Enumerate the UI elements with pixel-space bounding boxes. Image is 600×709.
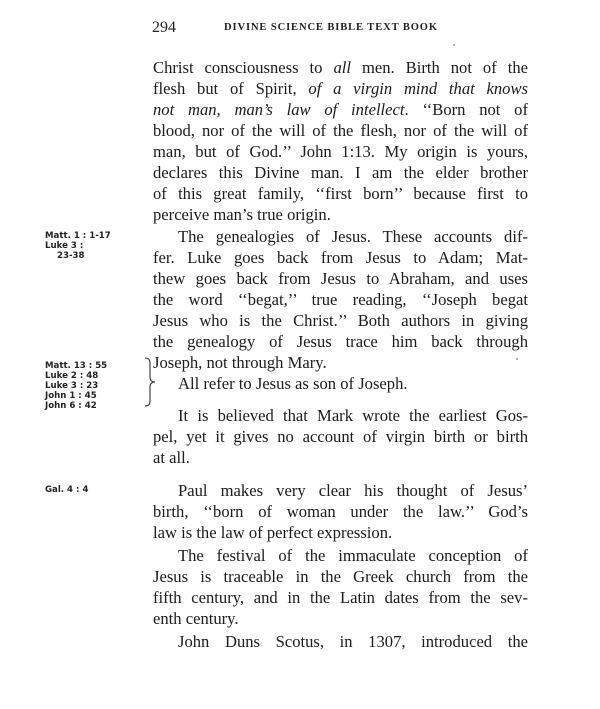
text-line: birth, ‘‘born of woman under the law.’’ … xyxy=(153,502,528,522)
text-line: It is believed that Mark wrote the earli… xyxy=(178,406,528,426)
text-line: declares this Divine man. I am the elder… xyxy=(153,163,528,183)
text-run: men. Birth not of the xyxy=(351,58,528,77)
margin-note-son-of-joseph-refs: Matt. 13 : 55 Luke 2 : 48 Luke 3 : 23 Jo… xyxy=(45,361,107,411)
margin-note-galatians: Gal. 4 : 4 xyxy=(45,485,88,495)
margin-ref: Gal. 4 : 4 xyxy=(45,485,88,495)
text-line: Jesus who is the Christ.’’ Both authors … xyxy=(153,311,528,331)
text-line: flesh but of Spirit, of a virgin mind th… xyxy=(153,79,528,99)
text-line: John Duns Scotus, in 1307, introduced th… xyxy=(178,632,528,652)
margin-note-genealogy-refs: Matt. 1 : 1-17 Luke 3 : 23-38 xyxy=(45,231,111,261)
margin-ref: Luke 3 : 23 xyxy=(45,381,107,391)
curly-brace-icon xyxy=(143,357,157,407)
text-line: fifth century, and in the Latin dates fr… xyxy=(153,588,528,608)
running-title: DIVINE SCIENCE BIBLE TEXT BOOK xyxy=(224,22,438,33)
margin-ref: Matt. 13 : 55 xyxy=(45,361,107,371)
text-line: All refer to Jesus as son of Joseph. xyxy=(178,374,528,394)
text-line: enth century. xyxy=(153,609,528,629)
text-line: blood, nor of the will of the flesh, nor… xyxy=(153,121,528,141)
text-line: The festival of the immaculate conceptio… xyxy=(178,546,528,566)
text-line: of this great family, ‘‘first born’’ bec… xyxy=(153,184,528,204)
text-line: not man, man’s law of intellect. ‘‘Born … xyxy=(153,100,528,120)
margin-ref: John 6 : 42 xyxy=(45,401,107,411)
scan-speck xyxy=(453,44,455,46)
text-line: at all. xyxy=(153,448,528,468)
margin-ref: Matt. 1 : 1-17 xyxy=(45,231,111,241)
text-line: Paul makes very clear his thought of Jes… xyxy=(178,481,528,501)
text-run: flesh but of Spirit, xyxy=(153,79,308,98)
text-line: Christ consciousness to all men. Birth n… xyxy=(153,58,528,78)
margin-ref: Luke 2 : 48 xyxy=(45,371,107,381)
scan-speck xyxy=(470,644,472,646)
text-run: Christ consciousness to xyxy=(153,58,333,77)
text-run: . ‘‘Born not of xyxy=(405,100,528,119)
text-line: law is the law of perfect expression. xyxy=(153,523,528,543)
text-line: the genealogy of Jesus trace him back th… xyxy=(153,332,528,352)
text-line: fer. Luke goes back from Jesus to Adam; … xyxy=(153,248,528,268)
margin-ref: John 1 : 45 xyxy=(45,391,107,401)
text-line: Jesus is traceable in the Greek church f… xyxy=(153,567,528,587)
italic-text: all xyxy=(333,58,351,77)
text-line: The genealogies of Jesus. These accounts… xyxy=(178,227,528,247)
text-line: perceive man’s true origin. xyxy=(153,205,528,225)
text-line: Joseph, not through Mary. xyxy=(153,353,528,373)
text-line: thew goes back from Jesus to Abraham, an… xyxy=(153,269,528,289)
margin-ref: Luke 3 : xyxy=(45,241,111,251)
text-line: pel, yet it gives no account of virgin b… xyxy=(153,427,528,447)
italic-text: not man, man’s law of intellect xyxy=(153,100,405,119)
page-number: 294 xyxy=(152,19,176,37)
margin-ref: 23-38 xyxy=(45,251,111,261)
scan-speck xyxy=(516,358,518,360)
text-line: man, but of God.’’ John 1:13. My origin … xyxy=(153,142,528,162)
italic-text: of a virgin mind that knows xyxy=(308,79,528,98)
text-line: the word ‘‘begat,’’ true reading, ‘‘Jose… xyxy=(153,290,528,310)
